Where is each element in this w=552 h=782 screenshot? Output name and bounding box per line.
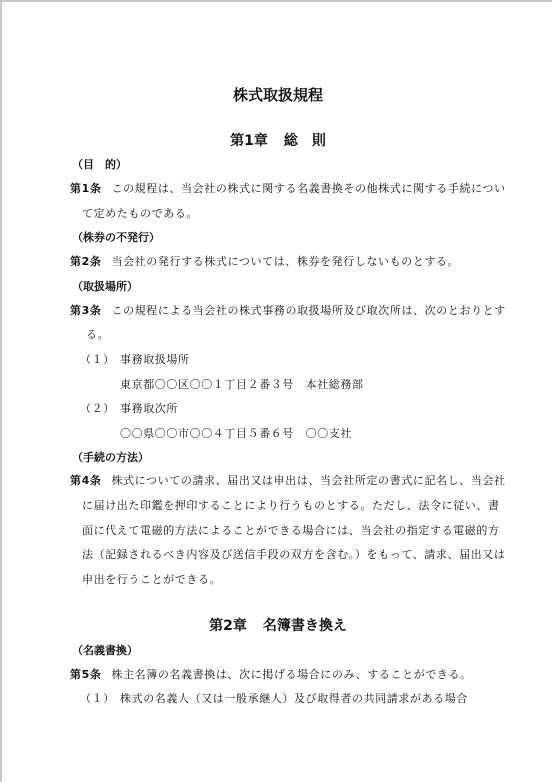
chapter-1-label: 第1章 [230,133,268,149]
article-1-label: 第1条 [70,182,101,195]
item-1-number: （１） [80,690,120,706]
article-4-line-4: 法（記録されるべき内容及び送信手段の双方を含む。）をもって、請求、届出又は [82,546,505,562]
article-3-item-2: （２）事務取次所 [80,400,178,416]
article-3-text: この規程による当会社の株式事務の取扱場所及び取次所は、次のとおりとす [111,304,505,317]
item-2-number: （２） [80,400,120,416]
item-1-label: 事務取扱場所 [120,353,190,366]
section-heading-transfer: （名義書換） [72,642,138,658]
article-1-text: この規程は、当会社の株式に関する名義書換その他株式に関する手続につい [111,182,505,195]
item-2-label: 事務取次所 [120,402,178,415]
article-4-text: 株式についての請求、届出又は申出は、当会社所定の書式に記名し、当会社 [111,474,505,487]
chapter-1-name: 総 則 [284,133,326,149]
chapter-2-name: 名簿書き換え [263,618,347,634]
article-4-line-5: 申出を行うことができる。 [82,571,221,587]
article-5-text: 株主名簿の名義書換は、次に掲げる場合にのみ、することができる。 [111,668,471,681]
article-3-item-1: （１）事務取扱場所 [80,351,190,367]
article-2-text: 当会社の発行する株式については、株券を発行しないものとする。 [111,255,459,268]
article-3-label: 第3条 [70,304,101,317]
article-4-line-2: に届け出た印鑑を押印することにより行うものとする。ただし、法令に従い、書 [82,497,500,513]
article-2-line-1: 第2条当会社の発行する株式については、株券を発行しないものとする。 [70,253,459,269]
section-heading-purpose: （目 的） [72,156,127,172]
article-5-label: 第5条 [70,668,101,681]
article-4-line-1: 第4条株式についての請求、届出又は申出は、当会社所定の書式に記名し、当会社 [70,472,506,488]
chapter-2-label: 第2章 [209,618,247,634]
article-5-item-1: （１）株式の名義人（又は一般承継人）及び取得者の共同請求がある場合 [80,690,468,706]
article-1-line-1: 第1条この規程は、当会社の株式に関する名義書換その他株式に関する手続につい [70,180,506,196]
item-1-label: 株式の名義人（又は一般承継人）及び取得者の共同請求がある場合 [120,692,468,705]
article-1-line-2: て定めたものである。 [82,205,198,221]
article-3-line-2: る。 [86,326,109,342]
document-page: 株式取扱規程 第1章総 則 （目 的） 第1条この規程は、当会社の株式に関する名… [0,0,552,782]
chapter-2-heading: 第2章名簿書き換え [2,615,552,635]
item-2-address: 〇〇県〇〇市〇〇４丁目５番６号 〇〇支社 [120,425,352,441]
article-4-label: 第4条 [70,474,101,487]
article-3-line-1: 第3条この規程による当会社の株式事務の取扱場所及び取次所は、次のとおりとす [70,302,506,318]
item-1-address: 東京都〇〇区〇〇１丁目２番３号 本社総務部 [120,376,364,392]
section-heading-procedure: （手続の方法） [72,449,149,465]
article-4-line-3: 面に代えて電磁的方法によることができる場合には、当会社の指定する電磁的方 [82,522,500,538]
chapter-1-heading: 第1章総 則 [2,130,552,150]
article-5-line-1: 第5条株主名簿の名義書換は、次に掲げる場合にのみ、することができる。 [70,666,472,682]
section-heading-handling-place: （取扱場所） [72,278,138,294]
document-title: 株式取扱規程 [2,84,552,105]
section-heading-no-certificates: （株券の不発行） [72,229,160,245]
item-1-number: （１） [80,351,120,367]
article-2-label: 第2条 [70,255,101,268]
